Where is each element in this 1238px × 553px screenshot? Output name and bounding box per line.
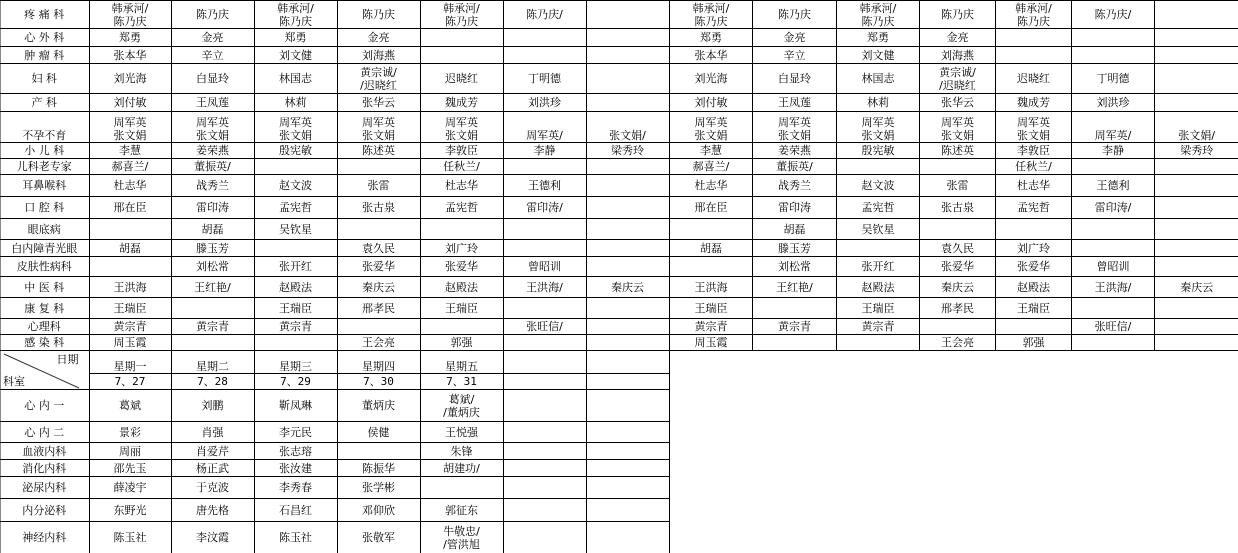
doctor-cell[interactable] <box>420 29 503 47</box>
doctor-cell[interactable]: 李静 <box>1072 143 1155 159</box>
doctor-cell[interactable]: 刘松常 <box>753 257 837 277</box>
doctor-cell[interactable]: 秦庆云 <box>920 277 996 298</box>
doctor-cell[interactable]: 林莉 <box>254 94 337 112</box>
doctor-cell[interactable]: 刘鹏 <box>171 390 254 422</box>
doctor-cell[interactable] <box>753 298 837 319</box>
doctor-cell[interactable]: 邢在臣 <box>89 197 171 219</box>
doctor-cell[interactable] <box>1155 319 1238 335</box>
doctor-cell[interactable] <box>586 1 669 29</box>
doctor-cell[interactable]: 任秋兰/ <box>996 159 1072 175</box>
doctor-cell[interactable] <box>586 335 669 351</box>
doctor-cell[interactable]: 黄宗诚/ /迟晓红 <box>920 64 996 94</box>
doctor-cell[interactable] <box>1072 298 1155 319</box>
doctor-cell[interactable] <box>586 240 669 257</box>
doctor-cell[interactable]: 雷印涛 <box>753 197 837 219</box>
doctor-cell[interactable] <box>503 443 586 460</box>
doctor-cell[interactable]: 张开红 <box>254 257 337 277</box>
doctor-cell[interactable]: 丁明德 <box>1072 64 1155 94</box>
doctor-cell[interactable] <box>1155 219 1238 240</box>
doctor-cell[interactable]: 张文娟/ <box>586 112 669 143</box>
doctor-cell[interactable]: 刘付敏 <box>670 94 753 112</box>
doctor-cell[interactable]: 周军英 张文娟 <box>837 112 920 143</box>
doctor-cell[interactable]: 侯健 <box>337 422 420 443</box>
doctor-cell[interactable] <box>996 319 1072 335</box>
doctor-cell[interactable] <box>1072 219 1155 240</box>
doctor-cell[interactable] <box>586 477 669 499</box>
doctor-cell[interactable]: 魏成芳 <box>420 94 503 112</box>
department-cell[interactable]: 血液内科 <box>0 443 89 460</box>
doctor-cell[interactable]: 黄宗青 <box>171 319 254 335</box>
doctor-cell[interactable]: 王洪海 <box>670 277 753 298</box>
department-cell[interactable]: 口 腔 科 <box>0 197 89 219</box>
doctor-cell[interactable]: 滕玉芳 <box>753 240 837 257</box>
date-header[interactable]: 7、28 <box>171 374 254 390</box>
doctor-cell[interactable]: 刘海燕 <box>920 47 996 64</box>
department-cell[interactable]: 神经内科 <box>0 522 89 553</box>
doctor-cell[interactable]: 周军英/ <box>503 112 586 143</box>
doctor-cell[interactable]: 周军英 张文娟 <box>996 112 1072 143</box>
doctor-cell[interactable] <box>1155 64 1238 94</box>
doctor-cell[interactable]: 王凤莲 <box>753 94 837 112</box>
doctor-cell[interactable]: 李敦臣 <box>996 143 1072 159</box>
doctor-cell[interactable]: 袁久民 <box>337 240 420 257</box>
doctor-cell[interactable]: 张文娟/ <box>1155 112 1238 143</box>
doctor-cell[interactable] <box>1155 94 1238 112</box>
doctor-cell[interactable]: 刘光海 <box>670 64 753 94</box>
doctor-cell[interactable]: 杜志华 <box>670 175 753 197</box>
doctor-cell[interactable]: 陈乃庆/ <box>503 1 586 29</box>
doctor-cell[interactable] <box>503 390 586 422</box>
doctor-cell[interactable] <box>996 29 1072 47</box>
doctor-cell[interactable]: 张华云 <box>337 94 420 112</box>
doctor-cell[interactable]: 周军英 张文娟 <box>337 112 420 143</box>
doctor-cell[interactable]: 张爱华 <box>996 257 1072 277</box>
doctor-cell[interactable]: 王瑞臣 <box>837 298 920 319</box>
doctor-cell[interactable]: 秦庆云 <box>337 277 420 298</box>
doctor-cell[interactable]: 迟晓红 <box>996 64 1072 94</box>
doctor-cell[interactable] <box>503 298 586 319</box>
doctor-cell[interactable] <box>1155 298 1238 319</box>
doctor-cell[interactable]: 刘洪珍 <box>1072 94 1155 112</box>
doctor-cell[interactable] <box>171 335 254 351</box>
doctor-cell[interactable]: 葛斌/ /董炳庆 <box>420 390 503 422</box>
doctor-cell[interactable]: 董炳庆 <box>337 390 420 422</box>
doctor-cell[interactable]: 王瑞臣 <box>420 298 503 319</box>
doctor-cell[interactable]: 靳凤琳 <box>254 390 337 422</box>
doctor-cell[interactable]: 张古泉 <box>920 197 996 219</box>
doctor-cell[interactable]: 金亮 <box>171 29 254 47</box>
doctor-cell[interactable] <box>586 390 669 422</box>
doctor-cell[interactable] <box>254 159 337 175</box>
doctor-cell[interactable]: 张本华 <box>89 47 171 64</box>
department-cell[interactable]: 妇 科 <box>0 64 89 94</box>
doctor-cell[interactable] <box>586 298 669 319</box>
doctor-cell[interactable]: 邢孝民 <box>920 298 996 319</box>
doctor-cell[interactable]: 韩承河/ 陈乃庆 <box>670 1 753 29</box>
doctor-cell[interactable] <box>254 335 337 351</box>
doctor-cell[interactable]: 葛斌 <box>89 390 171 422</box>
doctor-cell[interactable]: 曾昭训 <box>1072 257 1155 277</box>
doctor-cell[interactable]: 韩承河/ 陈乃庆 <box>254 1 337 29</box>
doctor-cell[interactable]: 郭征东 <box>420 499 503 522</box>
doctor-cell[interactable]: 韩承河/ 陈乃庆 <box>89 1 171 29</box>
doctor-cell[interactable]: 唐先格 <box>171 499 254 522</box>
doctor-cell[interactable] <box>1155 197 1238 219</box>
doctor-cell[interactable]: 杜志华 <box>420 175 503 197</box>
doctor-cell[interactable] <box>586 47 669 64</box>
doctor-cell[interactable]: 殷宪敏 <box>254 143 337 159</box>
doctor-cell[interactable]: 姜荣燕 <box>171 143 254 159</box>
doctor-cell[interactable]: 刘光海 <box>89 64 171 94</box>
department-cell[interactable]: 消化内科 <box>0 460 89 477</box>
doctor-cell[interactable]: 郝喜兰/ <box>670 159 753 175</box>
doctor-cell[interactable]: 孟宪哲 <box>996 197 1072 219</box>
department-cell[interactable]: 泌尿内科 <box>0 477 89 499</box>
doctor-cell[interactable]: 张爱华 <box>920 257 996 277</box>
doctor-cell[interactable]: 胡磊 <box>670 240 753 257</box>
doctor-cell[interactable]: 袁久民 <box>920 240 996 257</box>
doctor-cell[interactable]: 邓仰欣 <box>337 499 420 522</box>
doctor-cell[interactable] <box>337 219 420 240</box>
doctor-cell[interactable]: 孟宪哲 <box>837 197 920 219</box>
doctor-cell[interactable] <box>586 94 669 112</box>
department-cell[interactable]: 儿科老专家 <box>0 159 89 175</box>
doctor-cell[interactable]: 王会亮 <box>337 335 420 351</box>
doctor-cell[interactable]: 张雷 <box>920 175 996 197</box>
doctor-cell[interactable]: 魏成芳 <box>996 94 1072 112</box>
doctor-cell[interactable] <box>586 422 669 443</box>
department-cell[interactable]: 心 内 一 <box>0 390 89 422</box>
doctor-cell[interactable] <box>837 240 920 257</box>
date-header[interactable]: 7、29 <box>254 374 337 390</box>
doctor-cell[interactable] <box>503 422 586 443</box>
doctor-cell[interactable]: 邵先玉 <box>89 460 171 477</box>
doctor-cell[interactable]: 周军英 张文娟 <box>920 112 996 143</box>
doctor-cell[interactable]: 赵文波 <box>837 175 920 197</box>
doctor-cell[interactable]: 陈述英 <box>920 143 996 159</box>
doctor-cell[interactable]: 王德利 <box>1072 175 1155 197</box>
doctor-cell[interactable]: 雷印涛/ <box>1072 197 1155 219</box>
doctor-cell[interactable]: 黄宗诚/ /迟晓红 <box>337 64 420 94</box>
doctor-cell[interactable] <box>1072 335 1155 351</box>
doctor-cell[interactable]: 姜荣燕 <box>753 143 837 159</box>
doctor-cell[interactable]: 邢在臣 <box>670 197 753 219</box>
doctor-cell[interactable]: 肖强 <box>171 422 254 443</box>
doctor-cell[interactable] <box>254 240 337 257</box>
doctor-cell[interactable]: 于克波 <box>171 477 254 499</box>
doctor-cell[interactable] <box>1155 1 1238 29</box>
department-cell[interactable]: 耳鼻喉科 <box>0 175 89 197</box>
doctor-cell[interactable]: 金亮 <box>753 29 837 47</box>
doctor-cell[interactable]: 殷宪敏 <box>837 143 920 159</box>
doctor-cell[interactable]: 周丽 <box>89 443 171 460</box>
doctor-cell[interactable]: 胡建功/ <box>420 460 503 477</box>
doctor-cell[interactable] <box>586 460 669 477</box>
doctor-cell[interactable] <box>1072 47 1155 64</box>
date-header[interactable]: 7、31 <box>420 374 503 390</box>
doctor-cell[interactable] <box>586 197 669 219</box>
department-cell[interactable]: 心理科 <box>0 319 89 335</box>
doctor-cell[interactable] <box>503 29 586 47</box>
doctor-cell[interactable]: 梁秀玲 <box>1155 143 1238 159</box>
doctor-cell[interactable] <box>503 522 586 553</box>
doctor-cell[interactable]: 任秋兰/ <box>420 159 503 175</box>
doctor-cell[interactable] <box>837 159 920 175</box>
doctor-cell[interactable]: 张雷 <box>337 175 420 197</box>
doctor-cell[interactable]: 张爱华 <box>337 257 420 277</box>
doctor-cell[interactable] <box>586 522 669 553</box>
doctor-cell[interactable]: 王洪海 <box>89 277 171 298</box>
date-header[interactable]: 7、30 <box>337 374 420 390</box>
doctor-cell[interactable]: 胡磊 <box>171 219 254 240</box>
doctor-cell[interactable]: 张敬军 <box>337 522 420 553</box>
doctor-cell[interactable]: 郝喜兰/ <box>89 159 171 175</box>
doctor-cell[interactable] <box>503 499 586 522</box>
doctor-cell[interactable] <box>89 219 171 240</box>
doctor-cell[interactable]: 李慧 <box>89 143 171 159</box>
doctor-cell[interactable] <box>920 319 996 335</box>
doctor-cell[interactable] <box>920 159 996 175</box>
doctor-cell[interactable] <box>586 443 669 460</box>
doctor-cell[interactable]: 朱锋 <box>420 443 503 460</box>
doctor-cell[interactable]: 赵文波 <box>254 175 337 197</box>
doctor-cell[interactable]: 雷印涛 <box>171 197 254 219</box>
doctor-cell[interactable]: 迟晓红 <box>420 64 503 94</box>
doctor-cell[interactable]: 牛敬忠/ /管洪旭 <box>420 522 503 553</box>
doctor-cell[interactable]: 黄宗青 <box>670 319 753 335</box>
doctor-cell[interactable] <box>753 335 837 351</box>
doctor-cell[interactable]: 刘松常 <box>171 257 254 277</box>
doctor-cell[interactable] <box>586 319 669 335</box>
doctor-cell[interactable] <box>420 319 503 335</box>
doctor-cell[interactable]: 黄宗青 <box>254 319 337 335</box>
doctor-cell[interactable]: 刘文健 <box>837 47 920 64</box>
doctor-cell[interactable]: 王红艳/ <box>171 277 254 298</box>
weekday-header[interactable]: 星期四 <box>337 351 420 374</box>
doctor-cell[interactable]: 秦庆云 <box>1155 277 1238 298</box>
doctor-cell[interactable]: 周玉霞 <box>670 335 753 351</box>
doctor-cell[interactable] <box>503 47 586 64</box>
doctor-cell[interactable] <box>586 499 669 522</box>
doctor-cell[interactable]: 董振英/ <box>753 159 837 175</box>
weekday-header[interactable]: 星期五 <box>420 351 503 374</box>
doctor-cell[interactable]: 王瑞臣 <box>996 298 1072 319</box>
doctor-cell[interactable]: 李元民 <box>254 422 337 443</box>
doctor-cell[interactable] <box>171 298 254 319</box>
doctor-cell[interactable] <box>1072 159 1155 175</box>
doctor-cell[interactable]: 黄宗青 <box>89 319 171 335</box>
doctor-cell[interactable]: 白显玲 <box>171 64 254 94</box>
doctor-cell[interactable]: 战秀兰 <box>753 175 837 197</box>
doctor-cell[interactable] <box>503 477 586 499</box>
department-cell[interactable]: 康 复 科 <box>0 298 89 319</box>
doctor-cell[interactable]: 周军英 张文娟 <box>171 112 254 143</box>
doctor-cell[interactable]: 王瑞臣 <box>670 298 753 319</box>
doctor-cell[interactable]: 王洪海/ <box>503 277 586 298</box>
doctor-cell[interactable]: 刘付敏 <box>89 94 171 112</box>
doctor-cell[interactable] <box>1155 159 1238 175</box>
doctor-cell[interactable]: 王瑞臣 <box>89 298 171 319</box>
doctor-cell[interactable]: 刘海燕 <box>337 47 420 64</box>
doctor-cell[interactable]: 景彩 <box>89 422 171 443</box>
date-header[interactable] <box>503 374 586 390</box>
doctor-cell[interactable] <box>670 219 753 240</box>
doctor-cell[interactable]: 石昌红 <box>254 499 337 522</box>
doctor-cell[interactable]: 杜志华 <box>89 175 171 197</box>
doctor-cell[interactable]: 王德利 <box>503 175 586 197</box>
doctor-cell[interactable]: 杨正武 <box>171 460 254 477</box>
doctor-cell[interactable]: 秦庆云 <box>586 277 669 298</box>
doctor-cell[interactable]: 杜志华 <box>996 175 1072 197</box>
weekday-header[interactable]: 星期二 <box>171 351 254 374</box>
doctor-cell[interactable]: 韩承河/ 陈乃庆 <box>837 1 920 29</box>
doctor-cell[interactable]: 张爱华 <box>420 257 503 277</box>
doctor-cell[interactable] <box>337 159 420 175</box>
doctor-cell[interactable]: 东野光 <box>89 499 171 522</box>
doctor-cell[interactable]: 张汝建 <box>254 460 337 477</box>
doctor-cell[interactable]: 李敦臣 <box>420 143 503 159</box>
doctor-cell[interactable]: 林国志 <box>254 64 337 94</box>
doctor-cell[interactable]: 王会亮 <box>920 335 996 351</box>
doctor-cell[interactable]: 刘文健 <box>254 47 337 64</box>
department-cell[interactable]: 心 外 科 <box>0 29 89 47</box>
department-cell[interactable]: 内分泌科 <box>0 499 89 522</box>
doctor-cell[interactable] <box>420 219 503 240</box>
date-header[interactable]: 7、27 <box>89 374 171 390</box>
doctor-cell[interactable]: 赵殿法 <box>254 277 337 298</box>
doctor-cell[interactable]: 薛凌宇 <box>89 477 171 499</box>
doctor-cell[interactable]: 郭强 <box>996 335 1072 351</box>
doctor-cell[interactable]: 辛立 <box>753 47 837 64</box>
doctor-cell[interactable]: 金亮 <box>920 29 996 47</box>
doctor-cell[interactable]: 陈乃庆 <box>171 1 254 29</box>
doctor-cell[interactable]: 赵殿法 <box>420 277 503 298</box>
department-cell[interactable]: 肿 瘤 科 <box>0 47 89 64</box>
doctor-cell[interactable] <box>996 47 1072 64</box>
department-cell[interactable]: 疼 痛 科 <box>0 1 89 29</box>
doctor-cell[interactable]: 张志瑢 <box>254 443 337 460</box>
doctor-cell[interactable] <box>420 477 503 499</box>
doctor-cell[interactable] <box>337 443 420 460</box>
doctor-cell[interactable]: 周军英 张文娟 <box>89 112 171 143</box>
doctor-cell[interactable]: 张本华 <box>670 47 753 64</box>
doctor-cell[interactable]: 黄宗青 <box>753 319 837 335</box>
doctor-cell[interactable] <box>586 29 669 47</box>
doctor-cell[interactable] <box>1155 257 1238 277</box>
doctor-cell[interactable] <box>670 257 753 277</box>
department-cell[interactable]: 产 科 <box>0 94 89 112</box>
weekday-header[interactable] <box>586 351 669 374</box>
doctor-cell[interactable]: 陈乃庆 <box>920 1 996 29</box>
department-cell[interactable]: 皮肤性病科 <box>0 257 89 277</box>
doctor-cell[interactable] <box>503 159 586 175</box>
doctor-cell[interactable]: 陈乃庆 <box>753 1 837 29</box>
doctor-cell[interactable]: 白显玲 <box>753 64 837 94</box>
doctor-cell[interactable] <box>996 219 1072 240</box>
doctor-cell[interactable]: 王瑞臣 <box>254 298 337 319</box>
doctor-cell[interactable]: 王洪海/ <box>1072 277 1155 298</box>
department-cell[interactable]: 小 儿 科 <box>0 143 89 159</box>
doctor-cell[interactable]: 孟宪哲 <box>420 197 503 219</box>
doctor-cell[interactable]: 周军英 张文娟 <box>254 112 337 143</box>
doctor-cell[interactable]: 梁秀玲 <box>586 143 669 159</box>
doctor-cell[interactable]: 吴钦星 <box>837 219 920 240</box>
doctor-cell[interactable]: 孟宪哲 <box>254 197 337 219</box>
doctor-cell[interactable]: 李静 <box>503 143 586 159</box>
doctor-cell[interactable]: 陈振华 <box>337 460 420 477</box>
doctor-cell[interactable] <box>1155 175 1238 197</box>
doctor-cell[interactable]: 金亮 <box>337 29 420 47</box>
weekday-header[interactable]: 星期一 <box>89 351 171 374</box>
doctor-cell[interactable]: 赵殿法 <box>837 277 920 298</box>
doctor-cell[interactable]: 张旺信/ <box>503 319 586 335</box>
doctor-cell[interactable]: 张学彬 <box>337 477 420 499</box>
department-cell[interactable]: 不孕不育 <box>0 112 89 143</box>
doctor-cell[interactable]: 陈玉社 <box>89 522 171 553</box>
doctor-cell[interactable]: 张旺信/ <box>1072 319 1155 335</box>
doctor-cell[interactable]: 陈乃庆 <box>337 1 420 29</box>
doctor-cell[interactable]: 刘广玲 <box>996 240 1072 257</box>
doctor-cell[interactable]: 周军英 张文娟 <box>753 112 837 143</box>
doctor-cell[interactable]: 周军英/ <box>1072 112 1155 143</box>
date-header[interactable] <box>586 374 669 390</box>
doctor-cell[interactable]: 陈玉社 <box>254 522 337 553</box>
doctor-cell[interactable]: 战秀兰 <box>171 175 254 197</box>
doctor-cell[interactable]: 周玉霞 <box>89 335 171 351</box>
doctor-cell[interactable] <box>586 257 669 277</box>
doctor-cell[interactable] <box>1155 240 1238 257</box>
doctor-cell[interactable]: 王凤莲 <box>171 94 254 112</box>
doctor-cell[interactable] <box>503 335 586 351</box>
doctor-cell[interactable]: 周军英 张文娟 <box>420 112 503 143</box>
doctor-cell[interactable]: 李秀春 <box>254 477 337 499</box>
doctor-cell[interactable]: 王红艳/ <box>753 277 837 298</box>
doctor-cell[interactable] <box>337 319 420 335</box>
doctor-cell[interactable]: 周军英 张文娟 <box>670 112 753 143</box>
doctor-cell[interactable]: 滕玉芳 <box>171 240 254 257</box>
doctor-cell[interactable]: 黄宗青 <box>837 319 920 335</box>
doctor-cell[interactable] <box>503 460 586 477</box>
department-cell[interactable]: 心 内 二 <box>0 422 89 443</box>
doctor-cell[interactable]: 张古泉 <box>337 197 420 219</box>
doctor-cell[interactable]: 曾昭训 <box>503 257 586 277</box>
doctor-cell[interactable]: 郭强 <box>420 335 503 351</box>
doctor-cell[interactable]: 雷印涛/ <box>503 197 586 219</box>
doctor-cell[interactable]: 赵殿法 <box>996 277 1072 298</box>
department-cell[interactable]: 白内障青光眼 <box>0 240 89 257</box>
doctor-cell[interactable]: 董振英/ <box>171 159 254 175</box>
doctor-cell[interactable] <box>586 219 669 240</box>
doctor-cell[interactable]: 郑勇 <box>89 29 171 47</box>
doctor-cell[interactable] <box>1072 29 1155 47</box>
doctor-cell[interactable]: 韩承河/ 陈乃庆 <box>996 1 1072 29</box>
doctor-cell[interactable]: 李慧 <box>670 143 753 159</box>
doctor-cell[interactable]: 张开红 <box>837 257 920 277</box>
doctor-cell[interactable]: 陈乃庆/ <box>1072 1 1155 29</box>
doctor-cell[interactable] <box>837 335 920 351</box>
doctor-cell[interactable]: 丁明德 <box>503 64 586 94</box>
doctor-cell[interactable] <box>89 257 171 277</box>
doctor-cell[interactable]: 陈述英 <box>337 143 420 159</box>
doctor-cell[interactable]: 郑勇 <box>670 29 753 47</box>
doctor-cell[interactable] <box>586 175 669 197</box>
doctor-cell[interactable] <box>1155 47 1238 64</box>
doctor-cell[interactable] <box>1155 29 1238 47</box>
doctor-cell[interactable]: 辛立 <box>171 47 254 64</box>
doctor-cell[interactable] <box>586 64 669 94</box>
doctor-cell[interactable] <box>1072 240 1155 257</box>
doctor-cell[interactable] <box>503 240 586 257</box>
